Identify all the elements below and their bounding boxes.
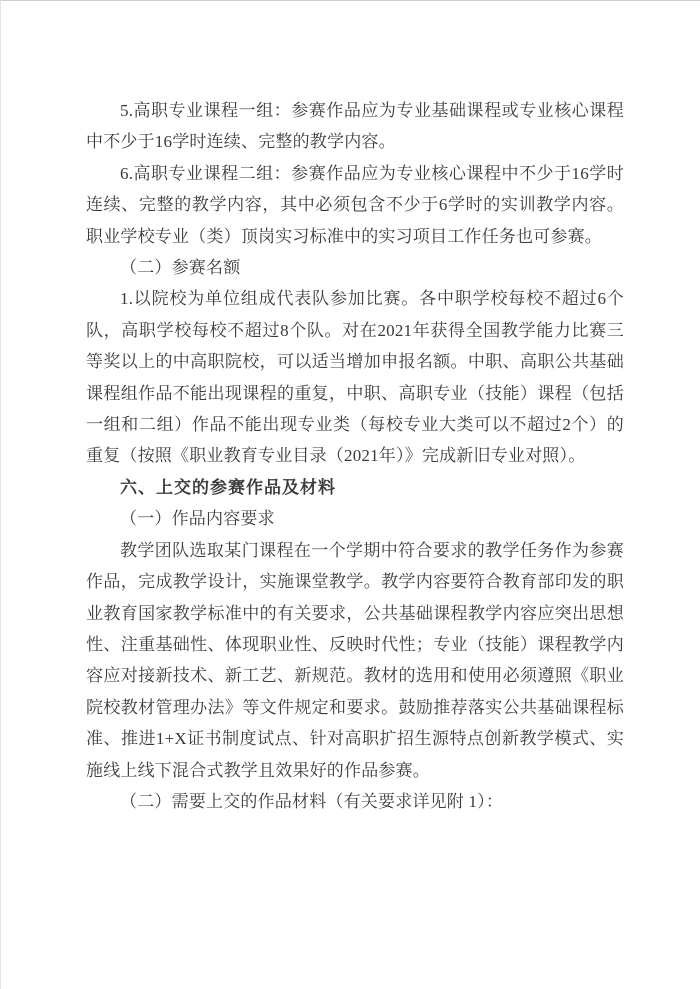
paragraph-content-requirements-detail: 教学团队选取某门课程在一个学期中符合要求的教学任务作为参赛作品，完成教学设计，实…	[86, 535, 624, 786]
subheading-content-requirements: （一）作品内容要求	[86, 503, 624, 534]
paragraph-entry-quota-detail: 1.以院校为单位组成代表队参加比赛。各中职学校每校不超过6个队，高职学校每校不超…	[86, 283, 624, 471]
subheading-materials-to-submit: （二）需要上交的作品材料（有关要求详见附 1）：	[86, 786, 624, 817]
subheading-entry-quota: （二）参赛名额	[86, 252, 624, 283]
document-content: 5.高职专业课程一组：参赛作品应为专业基础课程或专业核心课程中不少于16学时连续…	[86, 95, 624, 817]
document-page: 5.高职专业课程一组：参赛作品应为专业基础课程或专业核心课程中不少于16学时连续…	[0, 0, 700, 989]
section-heading-submission: 六、上交的参赛作品及材料	[86, 472, 624, 503]
paragraph-higher-vocational-group2: 6.高职专业课程二组：参赛作品应为专业核心课程中不少于16学时连续、完整的教学内…	[86, 158, 624, 252]
paragraph-higher-vocational-group1: 5.高职专业课程一组：参赛作品应为专业基础课程或专业核心课程中不少于16学时连续…	[86, 95, 624, 158]
